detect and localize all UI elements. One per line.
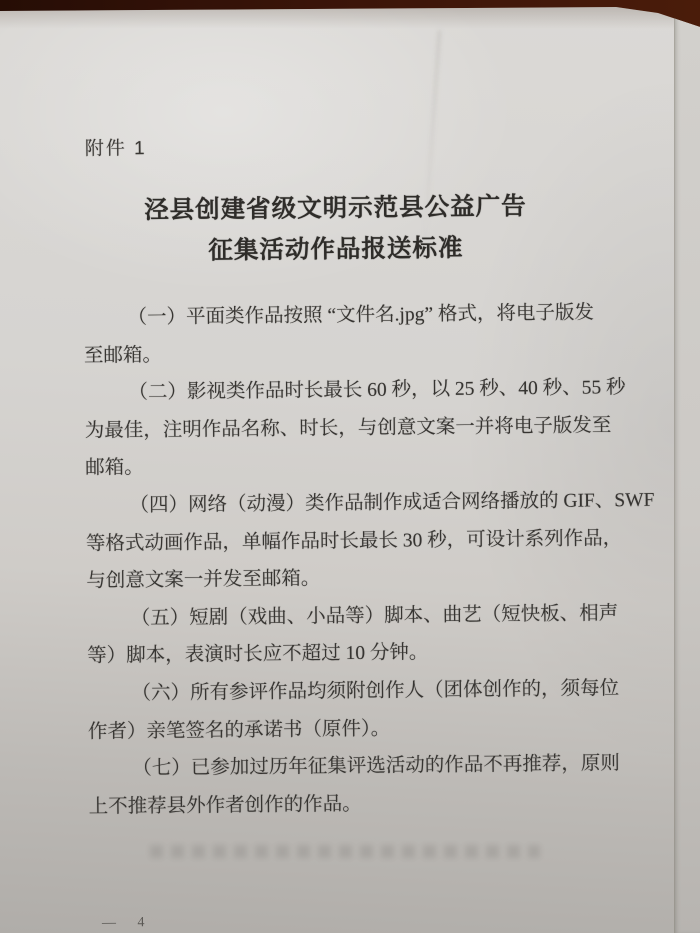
body-line: （五）短剧（戏曲、小品等）脚本、曲艺（短快板、相声: [87, 595, 621, 638]
body-line: （四）网络（动漫）类作品制作成适合网络播放的 GIF、SWF: [85, 482, 619, 525]
body-line: 与创意文案一并发至邮箱。: [86, 557, 620, 600]
page-number: — 4: [102, 915, 154, 932]
body-line: （一）平面类作品按照 “文件名.jpg” 格式，将电子版发: [83, 294, 617, 337]
body-line: （六）所有参评作品均须附创作人（团体创作的，须每位: [87, 670, 621, 713]
body-line: 作者）亲笔签名的承诺书（原件）。: [88, 708, 622, 751]
document-title-line2: 征集活动作品报送标准: [0, 226, 674, 274]
body-line: 邮箱。: [85, 445, 619, 488]
printed-content: 附件 1 泾县创建省级文明示范县公益广告 征集活动作品报送标准 （一）平面类作品…: [0, 0, 700, 933]
attachment-label: 附件 1: [85, 133, 147, 161]
document-title-line1: 泾县创建省级文明示范县公益广告: [0, 185, 674, 233]
body-line: 为最佳，注明作品名称、时长，与创意文案一并将电子版发至: [85, 407, 619, 450]
paper-sheet: 附件 1 泾县创建省级文明示范县公益广告 征集活动作品报送标准 （一）平面类作品…: [0, 0, 700, 933]
document-title: 泾县创建省级文明示范县公益广告 征集活动作品报送标准: [0, 185, 674, 274]
body-line: （七）已参加过历年征集评选活动的作品不再推荐，原则: [88, 745, 622, 788]
body-line: 至邮箱。: [84, 332, 618, 375]
body-line: 等格式动画作品，单幅作品时长最长 30 秒，可设计系列作品，: [86, 520, 620, 563]
body-line: 上不推荐县外作者创作的作品。: [89, 783, 623, 826]
document-body: （一）平面类作品按照 “文件名.jpg” 格式，将电子版发 至邮箱。 （二）影视…: [83, 294, 622, 826]
body-line: 等）脚本，表演时长应不超过 10 分钟。: [87, 633, 621, 676]
body-line: （二）影视类作品时长最长 60 秒，以 25 秒、40 秒、55 秒: [84, 369, 618, 412]
